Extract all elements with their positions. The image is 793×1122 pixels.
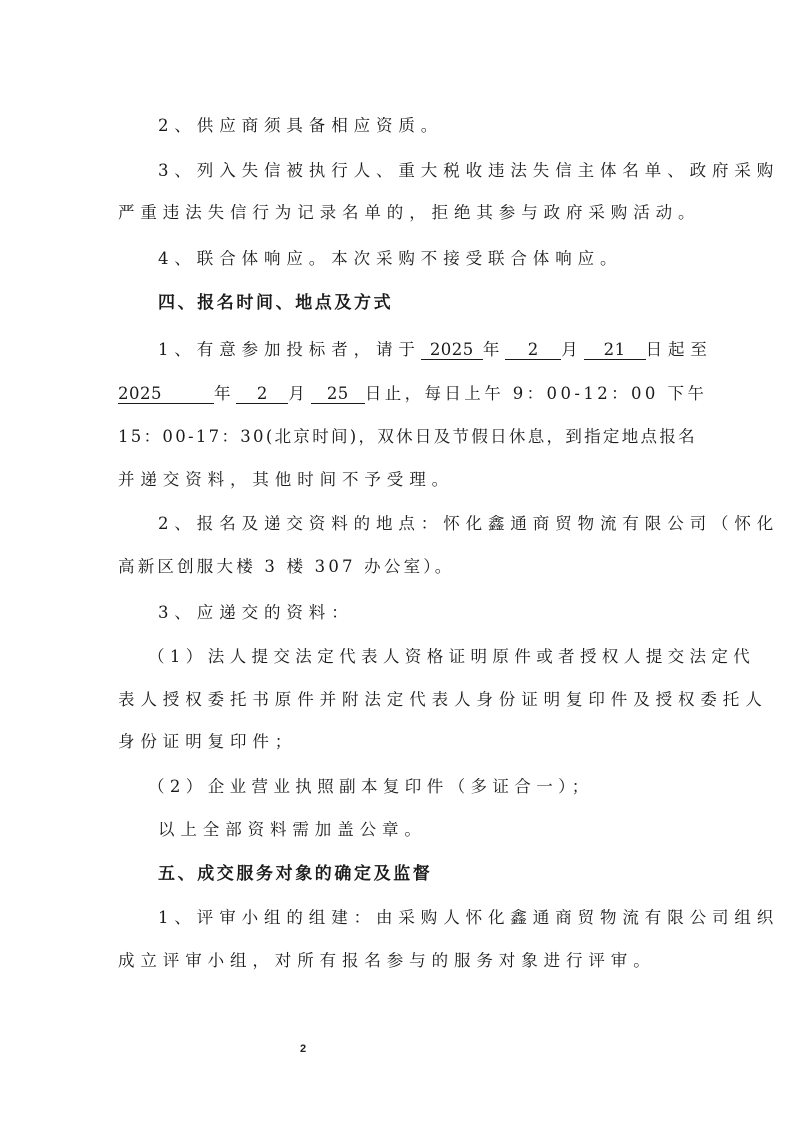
registration-time-line-2: 2025年2月25日止，每日上午 9：00-12：00 下午 [118,384,707,406]
end-suffix: 日止，每日上午 9：00-12：00 下午 [365,384,707,403]
registration-location-line-1: 2、报名及递交资料的地点：怀化鑫通商贸物流有限公司（怀化 [158,514,779,536]
registration-location-line-2: 高新区创服大楼 3 楼 307 办公室）。 [118,557,454,579]
page-number: 2 [300,1043,306,1055]
end-day-value: 25 [311,385,365,404]
requirement-item-4: 4、联合体响应。本次采购不接受联合体响应。 [158,249,622,271]
end-month-value: 2 [236,385,288,404]
section-5-heading: 五、成交服务对象的确定及监督 [158,864,432,886]
month-label: 月 [561,340,583,359]
registration-time-line-3: 15：00-17：30(北京时间)，双休日及节假日休息，到指定地点报名 [118,427,697,449]
requirement-item-3-line-2: 严重违法失信行为记录名单的，拒绝其参与政府采购活动。 [118,203,700,225]
requirement-item-2: 2、供应商须具备相应资质。 [158,116,443,138]
evaluation-line-2: 成立评审小组，对所有报名参与的服务对象进行评审。 [118,951,656,973]
registration-time-prefix: 1、有意参加投标者，请于 [158,340,421,359]
materials-title: 3、应递交的资料： [158,603,354,625]
material-1-line-3: 身份证明复印件； [118,732,297,754]
end-month-label: 月 [288,384,310,403]
end-year-value: 2025 [118,385,214,404]
materials-note: 以上全部资料需加盖公章。 [158,820,427,842]
start-day-value: 21 [584,341,646,360]
start-year-value: 2025 [421,341,483,360]
section-4-heading: 四、报名时间、地点及方式 [158,293,393,315]
requirement-item-3-line-1: 3、列入失信被执行人、重大税收违法失信主体名单、政府采购 [158,161,779,183]
registration-time-line-1: 1、有意参加投标者，请于2025年2月21日起至 [158,340,713,362]
evaluation-line-1: 1、评审小组的组建：由采购人怀化鑫通商贸物流有限公司组织 [158,908,779,930]
day-from-label: 日起至 [646,340,713,359]
registration-time-line-4: 并递交资料，其他时间不予受理。 [118,470,454,492]
material-1-line-1: （1）法人提交法定代表人资格证明原件或者授权人提交法定代 [148,647,755,669]
material-2: （2）企业营业执照副本复印件（多证合一）； [148,777,594,799]
start-month-value: 2 [505,341,561,360]
year-label: 年 [483,340,505,359]
material-1-line-2: 表人授权委托书原件并附法定代表人身份证明复印件及授权委托人 [118,690,768,712]
end-year-label: 年 [214,384,236,403]
